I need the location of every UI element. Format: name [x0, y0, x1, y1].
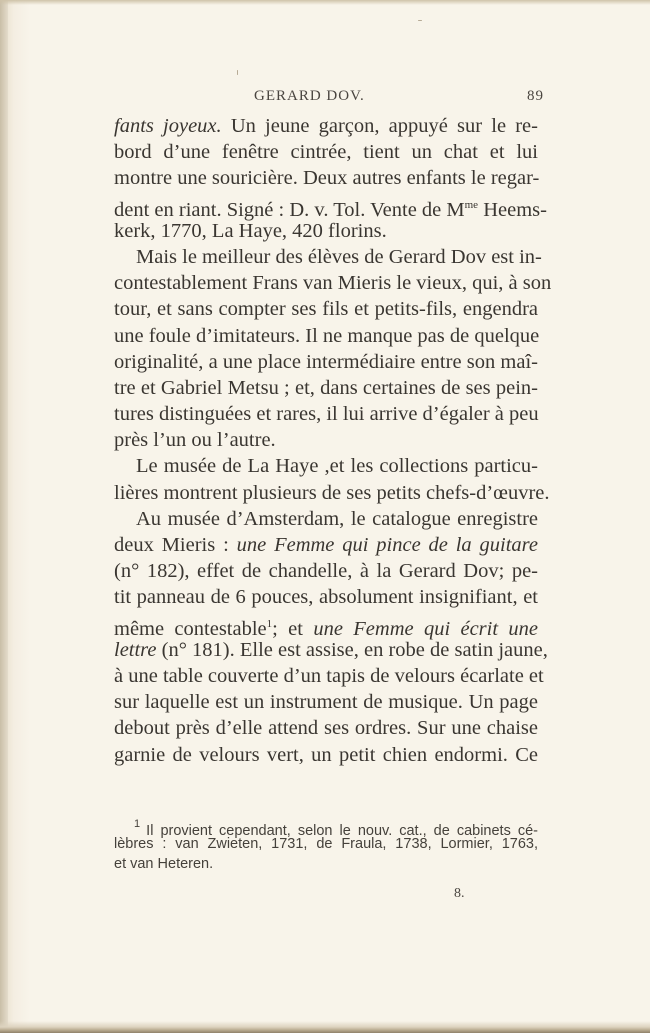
- text-line: tre et Gabriel Metsu ; et, dans certaine…: [114, 375, 538, 401]
- text-line: garnie de velours vert, un petit chien e…: [114, 742, 538, 768]
- text-run: une foule d’imitateurs. Il ne manque pas…: [114, 325, 539, 347]
- text-line: près l’un ou l’autre.: [114, 427, 538, 453]
- text-run: Le musée de La Haye ,et les collections …: [136, 455, 538, 477]
- text-line: fants joyeux. Un jeune garçon, appuyé su…: [114, 113, 538, 139]
- text-line: contestablement Frans van Mieris le vieu…: [114, 270, 538, 296]
- text-run: tre et Gabriel Metsu ; et, dans certaine…: [114, 377, 538, 399]
- text-line: bord d’une fenêtre cintrée, tient un cha…: [114, 139, 538, 165]
- text-line: tit panneau de 6 pouces, absolument insi…: [114, 584, 538, 610]
- text-line: deux Mieris : une Femme qui pince de la …: [114, 532, 538, 558]
- text-line: lettre (n° 181). Elle est assise, en rob…: [114, 637, 538, 663]
- footnote-line: 1 Il provient cependant, selon le nouv. …: [114, 814, 538, 834]
- signature-mark: 8.: [454, 886, 465, 902]
- text-run: tour, et sans compter ses fils et petits…: [114, 298, 538, 320]
- text-run: sur laquelle est un instrument de musiqu…: [114, 691, 538, 713]
- footnote-marker: 1: [134, 818, 146, 830]
- text-line: sur laquelle est un instrument de musiqu…: [114, 689, 538, 715]
- text-line: à une table couverte d’un tapis de velou…: [114, 663, 538, 689]
- text-run: originalité, a une place intermédiaire e…: [114, 351, 538, 373]
- footnote-line: lèbres : van Zwieten, 1731, de Fraula, 1…: [114, 834, 538, 854]
- text-line: debout près d’elle attend ses ordres. Su…: [114, 715, 538, 741]
- text-line: (n° 182), effet de chandelle, à la Gerar…: [114, 558, 538, 584]
- text-line: dent en riant. Signé : D. v. Tol. Vente …: [114, 192, 538, 218]
- text-run: lières montrent plusieurs de ses petits …: [114, 482, 550, 504]
- page-gutter-shadow: [0, 0, 8, 1033]
- text-line: montre une souricière. Deux autres enfan…: [114, 165, 538, 191]
- text-line: originalité, a une place intermédiaire e…: [114, 349, 538, 375]
- text-run: près l’un ou l’autre.: [114, 429, 276, 451]
- text-line: même contestable1; et une Femme qui écri…: [114, 611, 538, 637]
- text-run: tit panneau de 6 pouces, absolument insi…: [114, 586, 538, 608]
- italic-text: fants joyeux.: [114, 115, 222, 137]
- text-run: garnie de velours vert, un petit chien e…: [114, 744, 538, 766]
- running-title: GERARD DOV.: [254, 88, 365, 105]
- footnote-text: et van Heteren.: [114, 856, 213, 872]
- footnote-text: lèbres : van Zwieten, 1731, de Fraula, 1…: [114, 836, 538, 852]
- text-run: tures distinguées et rares, il lui arriv…: [114, 403, 539, 425]
- text-line: lières montrent plusieurs de ses petits …: [114, 480, 538, 506]
- text-run: (n° 181). Elle est assise, en robe de sa…: [157, 639, 548, 661]
- text-run: montre une souricière. Deux autres enfan…: [114, 167, 539, 189]
- text-run: Mais le meilleur des élèves de Gerard Do…: [136, 246, 542, 268]
- text-line: tures distinguées et rares, il lui arriv…: [114, 401, 538, 427]
- text-run: Heems-: [478, 199, 547, 221]
- text-line: tour, et sans compter ses fils et petits…: [114, 296, 538, 322]
- superscript: me: [465, 199, 478, 211]
- body-text: fants joyeux. Un jeune garçon, appuyé su…: [114, 113, 538, 768]
- text-run: deux Mieris :: [114, 534, 237, 556]
- text-line: Au musée d’Amsterdam, le catalogue enreg…: [114, 506, 538, 532]
- italic-text: lettre: [114, 639, 157, 661]
- text-line: Mais le meilleur des élèves de Gerard Do…: [114, 244, 538, 270]
- italic-text: une Femme qui pince de la guitare: [237, 534, 538, 556]
- text-line: kerk, 1770, La Haye, 420 florins.: [114, 218, 538, 244]
- page-top-edge: [0, 0, 650, 5]
- text-run: Un jeune garçon, appuyé sur le re-: [222, 115, 538, 137]
- paper-speck: [237, 70, 238, 75]
- running-head: GERARD DOV. 89: [110, 88, 544, 110]
- text-run: debout près d’elle attend ses ordres. Su…: [114, 717, 538, 739]
- text-run: Au musée d’Amsterdam, le catalogue enreg…: [136, 508, 538, 530]
- text-run: (n° 182), effet de chandelle, à la Gerar…: [114, 560, 538, 582]
- text-line: une foule d’imitateurs. Il ne manque pas…: [114, 323, 538, 349]
- text-line: Le musée de La Haye ,et les collections …: [114, 453, 538, 479]
- page-bottom-edge: [0, 1021, 650, 1033]
- footnote-line: et van Heteren.: [114, 854, 538, 874]
- text-run: kerk, 1770, La Haye, 420 florins.: [114, 220, 387, 242]
- text-run: à une table couverte d’un tapis de velou…: [114, 665, 544, 687]
- text-run: bord d’une fenêtre cintrée, tient un cha…: [114, 141, 538, 163]
- footnote: 1 Il provient cependant, selon le nouv. …: [114, 814, 538, 874]
- paper-speck: [418, 20, 422, 21]
- text-run: contestablement Frans van Mieris le vieu…: [114, 272, 551, 294]
- page-number: 89: [527, 88, 544, 105]
- book-page: GERARD DOV. 89 fants joyeux. Un jeune ga…: [0, 0, 650, 1033]
